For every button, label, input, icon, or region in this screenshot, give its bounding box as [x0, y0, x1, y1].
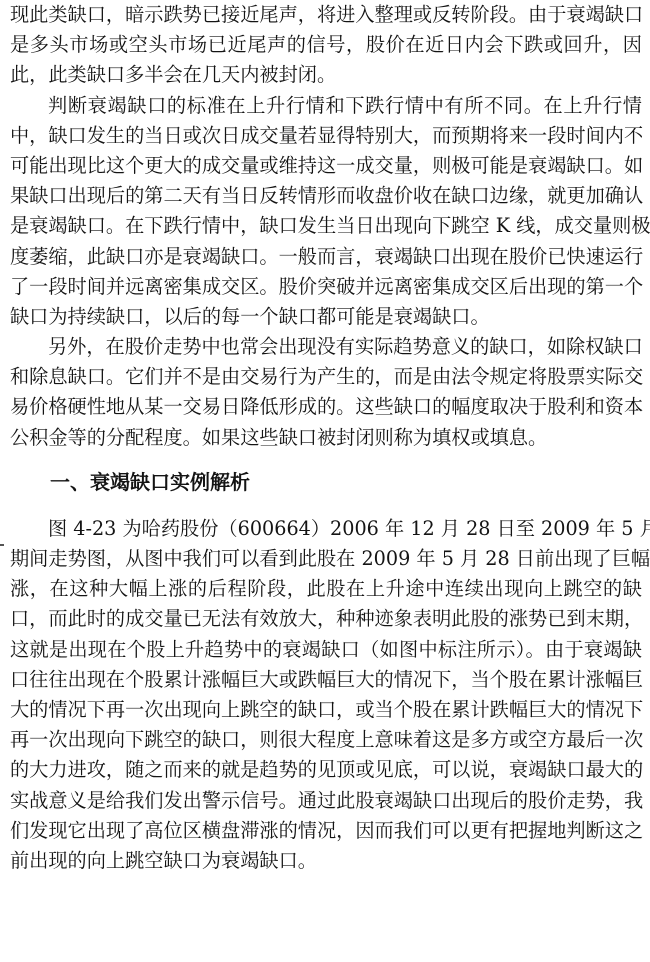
- text-line: 缺口为持续缺口，以后的每一个缺口都可能是衰竭缺口。: [10, 302, 642, 332]
- text-line: 实战意义是给我们发出警示信号。通过此股衰竭缺口出现后的股价走势，我: [10, 786, 642, 816]
- text-line: 果缺口出现后的第二天有当日反转情形而收盘价收在缺口边缘，就更加确认: [10, 181, 642, 211]
- text-line: 易价格硬性地从某一交易日降低形成的。这些缺口的幅度取决于股利和资本: [10, 392, 642, 422]
- text-line: 可能出现比这个更大的成交量或维持这一成交量，则极可能是衰竭缺口。如: [10, 151, 642, 181]
- text-line: 是衰竭缺口。在下跌行情中，缺口发生当日出现向下跳空 K 线，成交量则极: [10, 211, 642, 241]
- text-line: 期间走势图，从图中我们可以看到此股在 2009 年 5 月 28 日前出现了巨幅…: [10, 544, 642, 574]
- text-line: 前出现的向上跳空缺口为衰竭缺口。: [10, 846, 642, 876]
- text-line: 现此类缺口，暗示跌势已接近尾声，将进入整理或反转阶段。由于衰竭缺口: [10, 0, 642, 30]
- text-line: 的大力进攻，随之而来的就是趋势的见顶或见底，可以说，衰竭缺口最大的: [10, 755, 642, 785]
- text-line: 口往往出现在个股累计涨幅巨大或跌幅巨大的情况下，当个股在累计涨幅巨: [10, 665, 642, 695]
- text-line: 口，而此时的成交量已无法有效放大，种种迹象表明此股的涨势已到末期，: [10, 604, 642, 634]
- text-line: 再一次出现向下跳空的缺口，则很大程度上意味着这是多方或空方最后一次: [10, 725, 642, 755]
- document-page: 现此类缺口，暗示跌势已接近尾声，将进入整理或反转阶段。由于衰竭缺口 是多头市场或…: [10, 0, 642, 876]
- text-line: 中，缺口发生的当日或次日成交量若显得特别大，而预期将来一段时间内不: [10, 121, 642, 151]
- text-line: 涨，在这种大幅上涨的后程阶段，此股在上升途中连续出现向上跳空的缺: [10, 574, 642, 604]
- scan-artifact-mark: [0, 544, 4, 546]
- paragraph-1: 现此类缺口，暗示跌势已接近尾声，将进入整理或反转阶段。由于衰竭缺口 是多头市场或…: [10, 0, 642, 91]
- text-line: 们发现它出现了高位区横盘滞涨的情况，因而我们可以更有把握地判断这之: [10, 816, 642, 846]
- text-line: 和除息缺口。它们并不是由交易行为产生的，而是由法令规定将股票实际交: [10, 362, 642, 392]
- text-line: 是多头市场或空头市场已近尾声的信号，股价在近日内会下跌或回升，因: [10, 30, 642, 60]
- text-line: 公积金等的分配程度。如果这些缺口被封闭则称为填权或填息。: [10, 423, 642, 453]
- text-line: 了一段时间并远离密集成交区。股价突破并远离密集成交区后出现的第一个: [10, 272, 642, 302]
- text-line: 这就是出现在个股上升趋势中的衰竭缺口（如图中标注所示）。由于衰竭缺: [10, 635, 642, 665]
- section-heading: 一、衰竭缺口实例解析: [10, 467, 642, 497]
- paragraph-3: 另外，在股价走势中也常会出现没有实际趋势意义的缺口，如除权缺口 和除息缺口。它们…: [10, 332, 642, 453]
- text-line: 大的情况下再一次出现向上跳空的缺口，或当个股在累计跌幅巨大的情况下: [10, 695, 642, 725]
- text-line: 判断衰竭缺口的标准在上升行情和下跌行情中有所不同。在上升行情: [10, 91, 642, 121]
- text-line: 图 4-23 为哈药股份（600664）2006 年 12 月 28 日至 20…: [10, 514, 642, 544]
- paragraph-2: 判断衰竭缺口的标准在上升行情和下跌行情中有所不同。在上升行情 中，缺口发生的当日…: [10, 91, 642, 333]
- text-line: 度萎缩，此缺口亦是衰竭缺口。一般而言，衰竭缺口出现在股价已快速运行: [10, 242, 642, 272]
- paragraph-4: 图 4-23 为哈药股份（600664）2006 年 12 月 28 日至 20…: [10, 514, 642, 876]
- text-line: 另外，在股价走势中也常会出现没有实际趋势意义的缺口，如除权缺口: [10, 332, 642, 362]
- text-line: 此，此类缺口多半会在几天内被封闭。: [10, 60, 642, 90]
